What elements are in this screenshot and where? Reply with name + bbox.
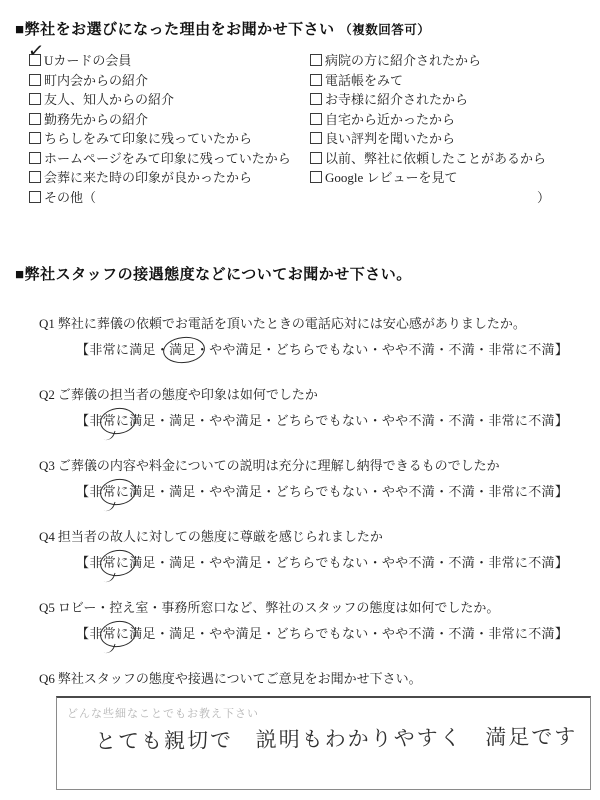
rating-option: 満足: [169, 626, 196, 641]
question-text: 弊社スタッフの態度や接遇についてご意見をお聞かせ下さい。: [58, 671, 422, 686]
rating-option: 不満: [448, 484, 475, 499]
reason-item: 自宅から近かったから: [310, 110, 590, 130]
checkbox-icon[interactable]: [310, 74, 322, 86]
rating-option-circled: 非常に満足: [89, 413, 156, 428]
rating-option: 満足: [169, 555, 196, 570]
rating-option: 非常に不満: [488, 555, 555, 570]
rating-option: やや満足: [209, 413, 262, 428]
reason-item: ✓Uカードの会員: [29, 51, 310, 71]
question-block-q3: Q3ご葬儀の内容や料金についての説明は充分に理解し納得できるものでしたか 【非常…: [39, 456, 590, 501]
reason-label: 電話帳をみて: [325, 73, 403, 88]
reason-checkbox-columns: ✓Uカードの会員町内会からの紹介友人、知人からの紹介勤務先からの紹介ちらしをみて…: [29, 51, 590, 207]
reason-label: ホームページをみて印象に残っていたから: [44, 151, 291, 166]
checkbox-icon[interactable]: [29, 132, 41, 144]
rating-option: やや不満: [382, 413, 435, 428]
rating-option: 不満: [448, 626, 475, 641]
questions-area: Q1弊社に葬儀の依頼でお電話を頂いたときの電話応対には安心感がありましたか。 【…: [15, 314, 590, 790]
question-number: Q5: [39, 600, 55, 615]
reason-label: ちらしをみて印象に残っていたから: [44, 131, 252, 146]
rating-option: 不満: [448, 413, 475, 428]
reason-item: その他（: [29, 188, 310, 208]
rating-option: 不満: [448, 555, 475, 570]
reason-list-right: 病院の方に紹介されたから電話帳をみてお寺様に紹介されたから自宅から近かったから良…: [310, 51, 590, 207]
question-text: ロビー・控え室・事務所窓口など、弊社のスタッフの態度は如何でしたか。: [58, 600, 499, 615]
checkbox-icon[interactable]: [310, 93, 322, 105]
checkbox-icon[interactable]: ✓: [29, 54, 41, 66]
reason-label: 町内会からの紹介: [44, 73, 148, 88]
reason-label: 勤務先からの紹介: [44, 112, 148, 127]
multiple-answers-note: （複数回答可）: [339, 23, 430, 37]
section2-header: ■弊社スタッフの接遇態度などについてお聞かせ下さい。: [15, 263, 590, 284]
rating-option: 満足: [169, 413, 196, 428]
reason-label: お寺様に紹介されたから: [325, 92, 468, 107]
rating-option-circled: 満足: [169, 342, 196, 357]
reason-item: 電話帳をみて: [310, 71, 590, 91]
rating-option: やや満足: [209, 626, 262, 641]
rating-scale: 【非常に満足・満足・やや満足・どちらでもない・やや不満・不満・非常に不満】: [76, 482, 590, 501]
reason-label: Google レビューを見て: [325, 170, 458, 185]
section2-title: 弊社スタッフの接遇態度などについてお聞かせ下さい。: [25, 266, 412, 283]
reason-item: 以前、弊社に依頼したことがあるから: [310, 149, 590, 169]
rating-option: どちらでもない: [276, 484, 369, 499]
rating-option: 非常に不満: [488, 484, 555, 499]
reason-label: 友人、知人からの紹介: [44, 92, 174, 107]
question-number: Q4: [39, 529, 55, 544]
reason-item: 勤務先からの紹介: [29, 110, 310, 130]
rating-option: やや不満: [382, 484, 435, 499]
rating-option: 非常に不満: [488, 342, 555, 357]
reason-item: 友人、知人からの紹介: [29, 90, 310, 110]
question-block-q2: Q2ご葬儀の担当者の態度や印象は如何でしたか 【非常に満足・満足・やや満足・どち…: [39, 385, 590, 430]
question-number: Q1: [39, 316, 55, 331]
question-text: 担当者の故人に対しての態度に尊厳を感じられましたか: [58, 529, 383, 544]
reason-item: 病院の方に紹介されたから: [310, 51, 590, 71]
rating-option: やや不満: [382, 555, 435, 570]
question-text: ご葬儀の担当者の態度や印象は如何でしたか: [58, 387, 318, 402]
rating-scale: 【非常に満足・満足・やや満足・どちらでもない・やや不満・不満・非常に不満】: [76, 340, 590, 359]
checkbox-icon[interactable]: [29, 191, 41, 203]
rating-option: どちらでもない: [276, 413, 369, 428]
checkbox-icon[interactable]: [310, 171, 322, 183]
rating-option: 非常に不満: [488, 413, 555, 428]
rating-option: 不満: [448, 342, 475, 357]
rating-scale: 【非常に満足・満足・やや満足・どちらでもない・やや不満・不満・非常に不満】: [76, 553, 590, 572]
question-block-q6: Q6弊社スタッフの態度や接遇についてご意見をお聞かせ下さい。 どんな些細なことで…: [39, 669, 590, 790]
reason-item: ちらしをみて印象に残っていたから: [29, 129, 310, 149]
question-number: Q2: [39, 387, 55, 402]
reason-item: 町内会からの紹介: [29, 71, 310, 91]
checkbox-icon[interactable]: [310, 54, 322, 66]
checkbox-icon[interactable]: [310, 132, 322, 144]
section1-header: ■弊社をお選びになった理由をお聞かせ下さい （複数回答可）: [15, 18, 590, 39]
rating-option: やや不満: [382, 626, 435, 641]
rating-option-circled: 非常に満足: [89, 484, 156, 499]
reason-item: お寺様に紹介されたから: [310, 90, 590, 110]
reason-label: 以前、弊社に依頼したことがあるから: [325, 151, 546, 166]
checkbox-icon[interactable]: [310, 152, 322, 164]
checkmark-icon: ✓: [27, 41, 45, 62]
checkbox-icon[interactable]: [310, 113, 322, 125]
checkbox-icon[interactable]: [29, 74, 41, 86]
checkbox-icon[interactable]: [29, 152, 41, 164]
question-text: 弊社に葬儀の依頼でお電話を頂いたときの電話応対には安心感がありましたか。: [58, 316, 526, 331]
rating-option-circled: 非常に満足: [89, 555, 156, 570]
rating-option: 満足: [169, 484, 196, 499]
reason-label: 会葬に来た時の印象が良かったから: [44, 170, 252, 185]
reason-item: 会葬に来た時の印象が良かったから: [29, 168, 310, 188]
reason-item: ホームページをみて印象に残っていたから: [29, 149, 310, 169]
comment-box[interactable]: どんな些細なことでもお教え下さい とても親切で 説明もわかりやすく 満足です: [56, 696, 591, 790]
rating-option: やや満足: [209, 484, 262, 499]
checkbox-icon[interactable]: [29, 171, 41, 183]
question-block-q4: Q4担当者の故人に対しての態度に尊厳を感じられましたか 【非常に満足・満足・やや…: [39, 527, 590, 572]
question-text: ご葬儀の内容や料金についての説明は充分に理解し納得できるものでしたか: [58, 458, 500, 473]
reason-label: その他（: [44, 190, 96, 205]
reason-label: 病院の方に紹介されたから: [325, 53, 481, 68]
question-block-q1: Q1弊社に葬儀の依頼でお電話を頂いたときの電話応対には安心感がありましたか。 【…: [39, 314, 590, 359]
section1-title: 弊社をお選びになった理由をお聞かせ下さい: [25, 21, 335, 38]
reason-label: 良い評判を聞いたから: [325, 131, 455, 146]
rating-option: どちらでもない: [276, 626, 369, 641]
rating-scale: 【非常に満足・満足・やや満足・どちらでもない・やや不満・不満・非常に不満】: [76, 411, 590, 430]
rating-scale: 【非常に満足・満足・やや満足・どちらでもない・やや不満・不満・非常に不満】: [76, 624, 590, 643]
rating-option: やや満足: [209, 342, 262, 357]
reason-label: 自宅から近かったから: [325, 112, 455, 127]
reason-list-left: ✓Uカードの会員町内会からの紹介友人、知人からの紹介勤務先からの紹介ちらしをみて…: [29, 51, 310, 207]
rating-option: どちらでもない: [276, 342, 369, 357]
reason-item: Google レビューを見て: [310, 168, 590, 188]
rating-option: やや不満: [382, 342, 435, 357]
checkbox-icon[interactable]: [29, 113, 41, 125]
rating-option-circled: 非常に満足: [89, 626, 156, 641]
checkbox-icon[interactable]: [29, 93, 41, 105]
section-bullet-icon: ■: [15, 21, 25, 38]
comment-placeholder: どんな些細なことでもお教え下さい: [67, 705, 580, 724]
reason-label: Uカードの会員: [44, 53, 131, 68]
scanned-survey-page: ■弊社をお選びになった理由をお聞かせ下さい （複数回答可） ✓Uカードの会員町内…: [0, 0, 600, 800]
question-block-q5: Q5ロビー・控え室・事務所窓口など、弊社のスタッフの態度は如何でしたか。 【非常…: [39, 598, 590, 643]
rating-option: どちらでもない: [276, 555, 369, 570]
handwritten-comment: とても親切で 説明もわかりやすく 満足です: [95, 727, 580, 751]
rating-option: 非常に満足: [89, 342, 156, 357]
rating-option: やや満足: [209, 555, 262, 570]
rating-option: 非常に不満: [488, 626, 555, 641]
section-bullet-icon: ■: [15, 266, 25, 283]
reason-item: 良い評判を聞いたから: [310, 129, 590, 149]
reason-label: ）: [537, 190, 550, 205]
question-number: Q3: [39, 458, 55, 473]
question-number: Q6: [39, 671, 55, 686]
reason-item: ）: [310, 188, 590, 208]
